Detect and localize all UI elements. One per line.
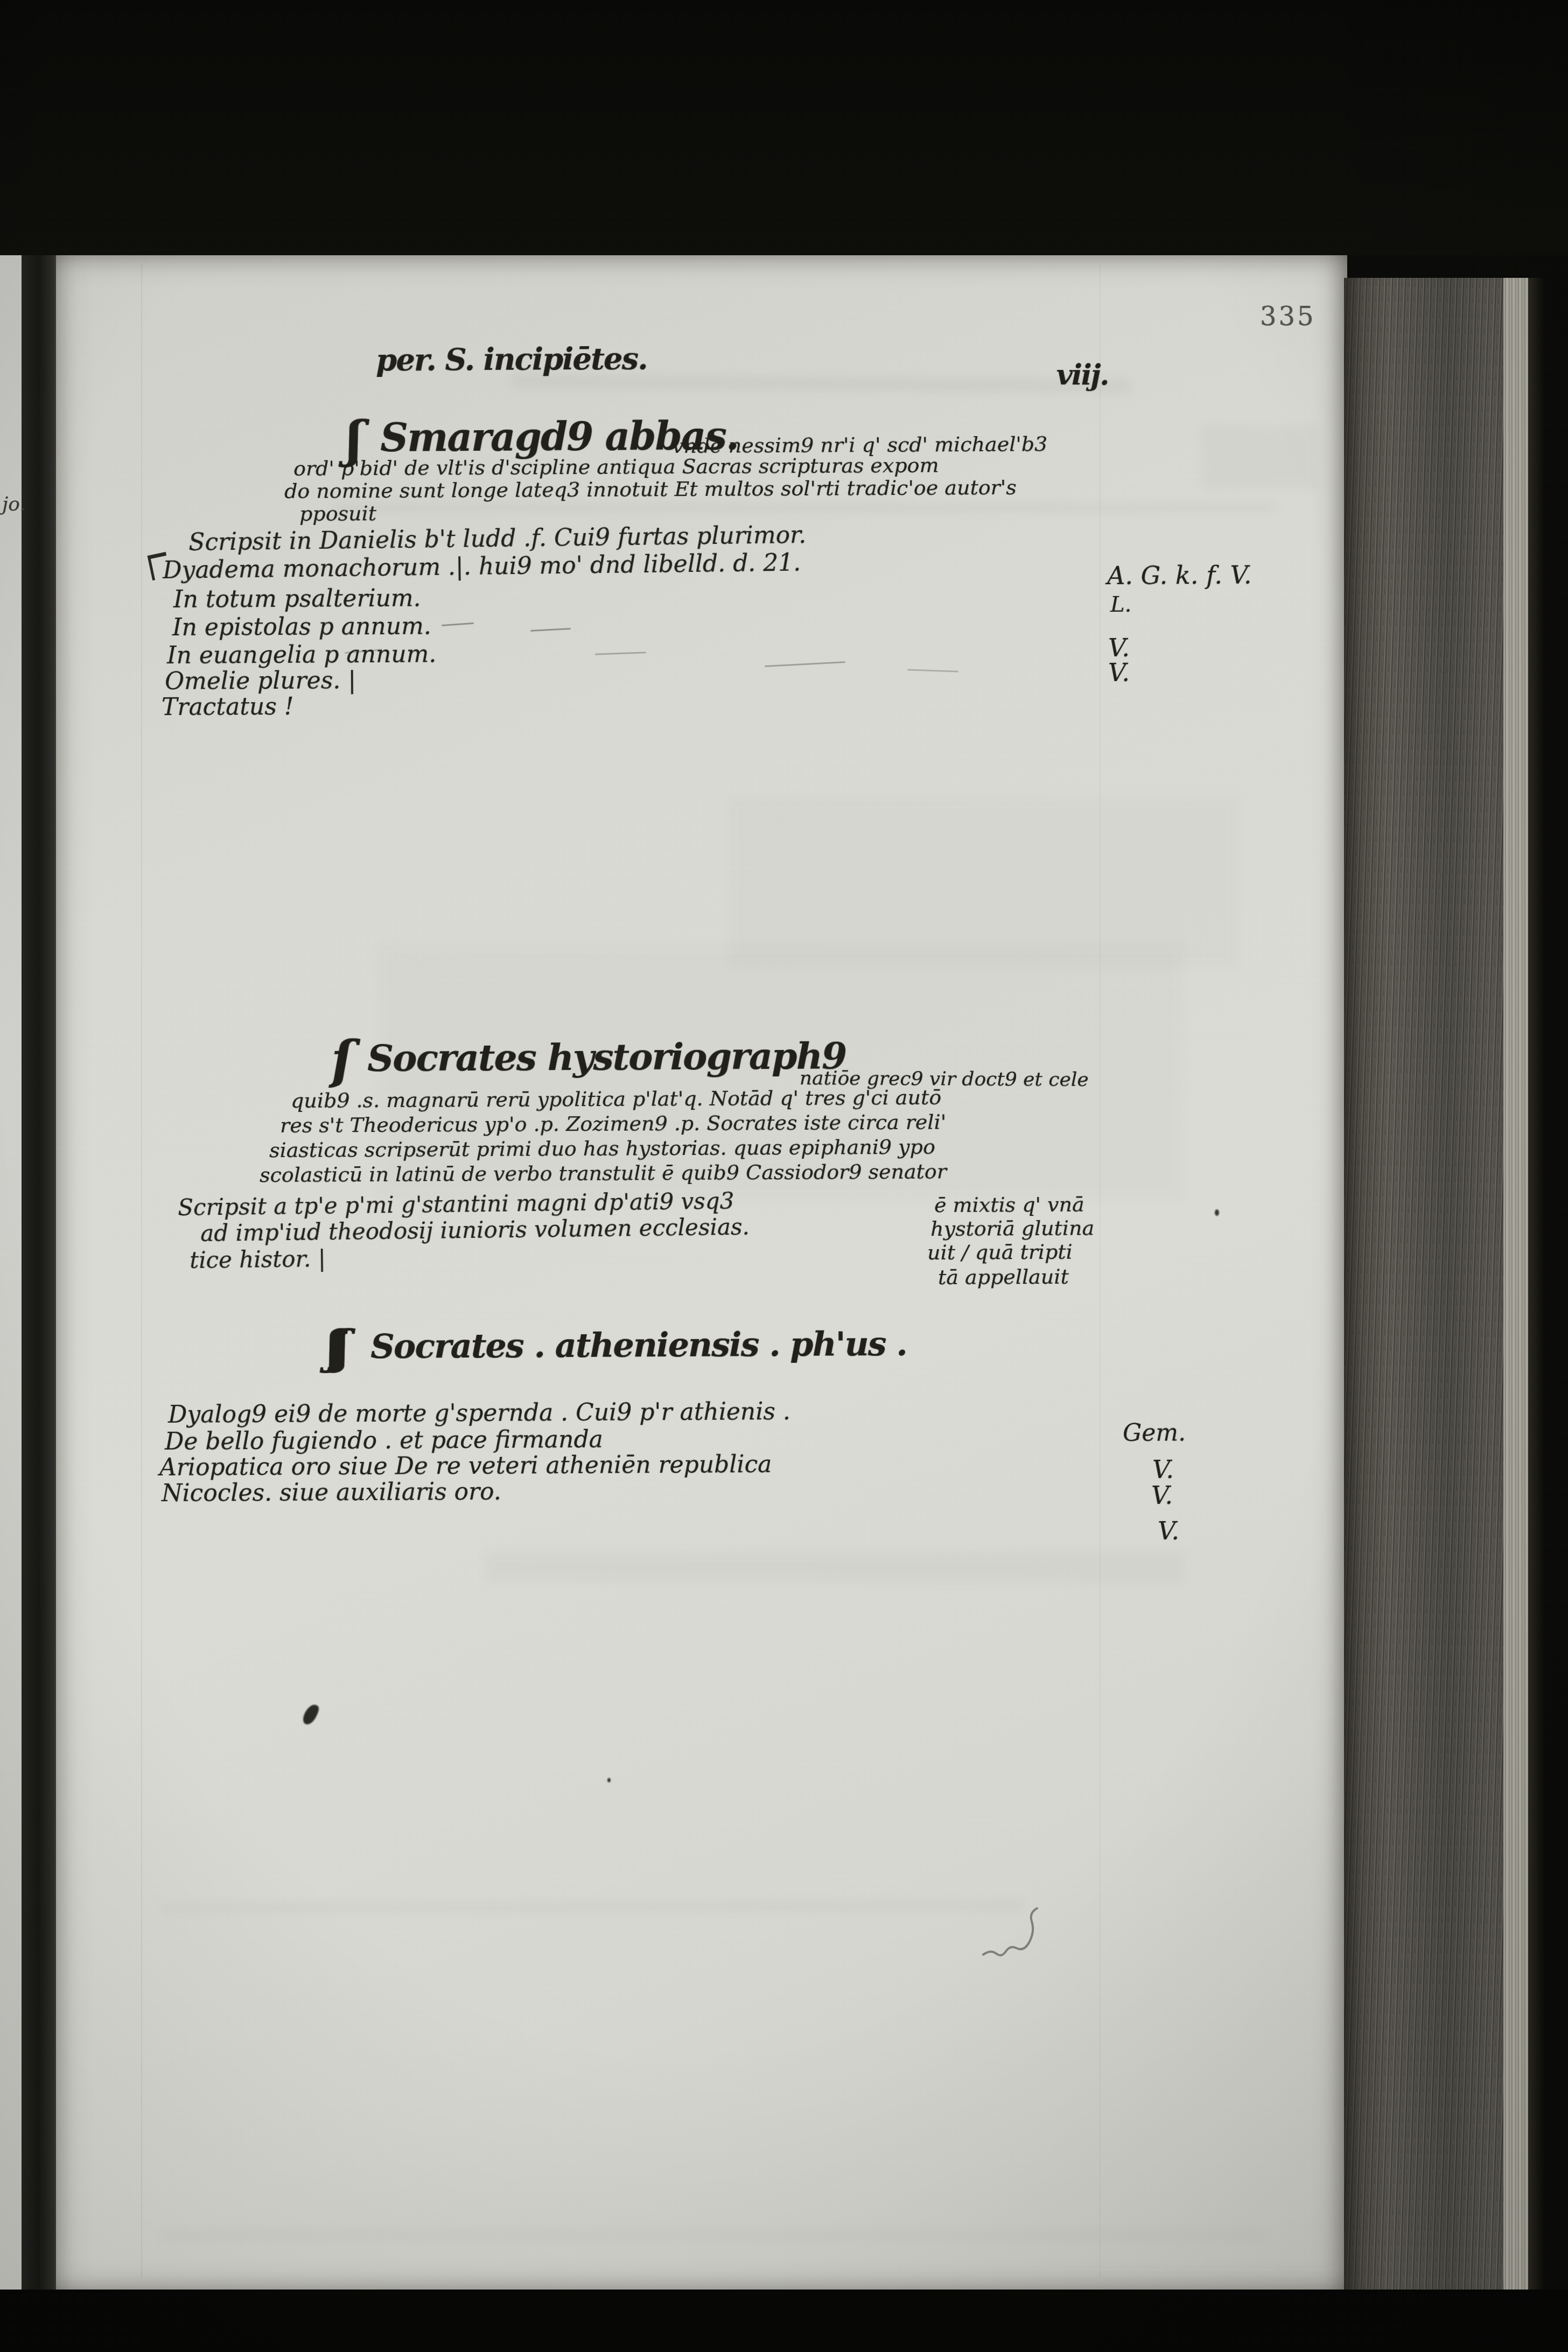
margin-shelfmark: Gem.	[1123, 1419, 1186, 1447]
side-note-line: hystoriā glutina	[930, 1216, 1094, 1241]
margin-shelfmark: V.	[1108, 658, 1130, 687]
folio-number: 335	[1260, 302, 1316, 332]
scripsit-line: tice histor. |	[190, 1245, 326, 1273]
note-line: scolasticū in latinū de verbo transtulit…	[260, 1159, 947, 1187]
section-paraph-mark: ʃʃ	[326, 1320, 342, 1374]
fore-edge-dark-rim	[1528, 278, 1544, 2292]
margin-shelfmark: V.	[1158, 1516, 1179, 1545]
manuscript-photo: { "colors": { "background": "#0b0b09", "…	[0, 0, 1568, 2352]
work-title: Tractatus !	[162, 693, 294, 721]
pen-squiggle	[975, 1890, 1050, 1971]
work-title: De bello fugiendo . et pace firmanda	[165, 1426, 603, 1455]
right-frame-ruling	[1100, 264, 1101, 2278]
work-title: Nicocles. siue auxiliaris oro.	[162, 1478, 501, 1507]
work-title: Omelie plures. |	[165, 667, 356, 695]
work-title: Ariopatica oro siue De re veteri atheniē…	[159, 1451, 772, 1481]
work-title: In epistolas p annum.	[172, 612, 431, 641]
side-note-line: tā appellauit	[938, 1265, 1069, 1289]
work-title: In euangelia p annum.	[167, 640, 437, 669]
background-top	[0, 0, 1568, 255]
fore-edge-light-strip	[1503, 278, 1528, 2292]
side-note-line: ē mixtis q' vnā	[934, 1193, 1084, 1217]
side-note-line: uit / quā tripti	[927, 1240, 1073, 1264]
note-line: res s't Theodericus yp'o .p. Zozimen9 .p…	[280, 1110, 946, 1137]
margin-shelfmark: A. G. k. f. V.	[1107, 561, 1252, 590]
section-heading: Socrates hystoriograph9	[367, 1034, 846, 1080]
note-line: pposuit	[299, 501, 376, 526]
background-bottom	[0, 2290, 1568, 2352]
ink-speck	[607, 1778, 611, 1782]
margin-shelfmark: V.	[1151, 1481, 1173, 1510]
running-header-right: viij.	[1056, 359, 1109, 392]
note-line: quib9 .s. magnarū rerū ypolitica p'lat'q…	[291, 1086, 941, 1112]
left-frame-ruling	[141, 264, 142, 2278]
running-header-left: per. S. incipiētes.	[376, 341, 647, 378]
work-title: Dyalog9 ei9 de morte g'spernda . Cui9 p'…	[168, 1398, 790, 1429]
facing-page-text-fragment: jo.	[2, 493, 26, 515]
work-title: In totum psalterium.	[173, 585, 421, 613]
section-heading: Socrates . atheniensis . ph'us .	[370, 1324, 907, 1366]
section-paraph-mark: ſ	[331, 1029, 354, 1090]
book-fore-edge	[1344, 278, 1544, 2292]
note-line: do nomine sunt longe lateq3 innotuit Et …	[284, 475, 1017, 503]
margin-shelfmark: L.	[1110, 592, 1132, 617]
margin-shelfmark: V.	[1152, 1455, 1174, 1484]
note-line: siasticas scripserūt primi duo has hysto…	[269, 1135, 935, 1162]
gutter-shadow	[22, 248, 59, 2299]
ink-speck	[1215, 1209, 1219, 1216]
